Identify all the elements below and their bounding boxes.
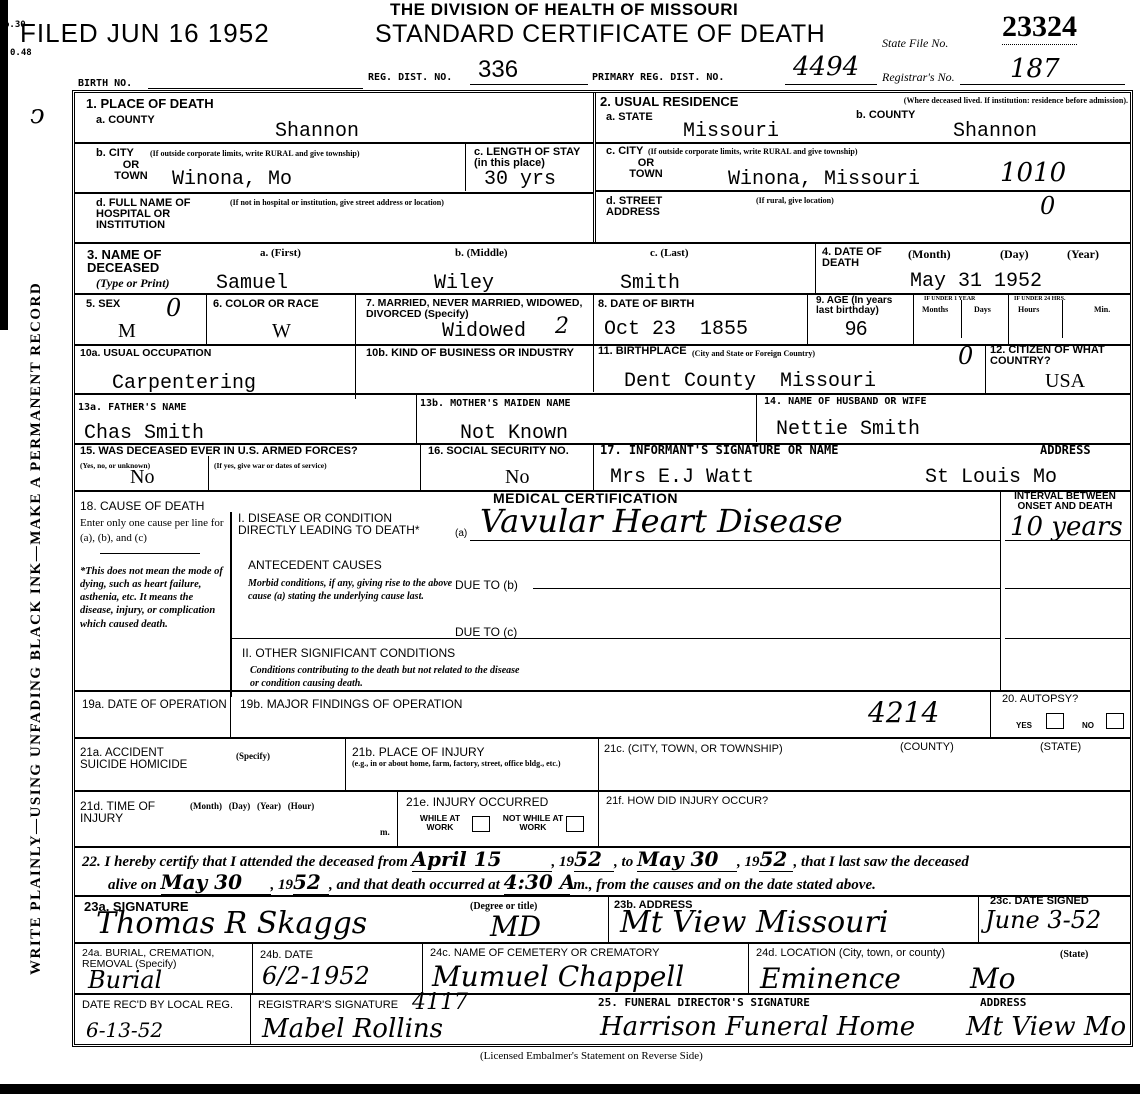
injury-city-label: 21c. (CITY, TOWN, OR TOWNSHIP) [604, 744, 783, 755]
injury-occurred-label: 21e. INJURY OCCURRED [406, 796, 548, 808]
first-name-label: a. (First) [260, 247, 301, 259]
hours-label: Hours [1018, 306, 1039, 314]
not-while-at-work-label: NOT WHILE AT WORK [502, 814, 564, 831]
burial-date: 6/2-1952 [262, 962, 370, 990]
city-hint: (If outside corporate limits, write RURA… [150, 150, 465, 158]
father-label: 13a. FATHER'S NAME [78, 402, 186, 413]
ssn-label: 16. SOCIAL SECURITY NO. [428, 446, 583, 457]
occupation: Carpentering [112, 372, 256, 395]
margin-note-2: 0.48 [10, 48, 32, 58]
min-label: Min. [1094, 306, 1110, 314]
autopsy-label: 20. AUTOPSY? [1002, 694, 1078, 705]
accident-specify: (Specify) [236, 752, 270, 761]
county-label: a. COUNTY [96, 115, 155, 126]
state-file-no: 23324 [1002, 10, 1077, 45]
attended-to: May 30 [637, 847, 737, 872]
business-label: 10b. KIND OF BUSINESS OR INDUSTRY [366, 348, 586, 359]
place-of-injury-label: 21b. PLACE OF INJURY [352, 746, 485, 758]
name-label: 3. NAME OF DECEASED [87, 248, 197, 274]
cemetery: Mumuel Chappell [432, 960, 684, 993]
dod-year-label: (Year) [1067, 247, 1099, 262]
age-label: 9. AGE (In years last birthday) [816, 296, 911, 316]
spouse-label: 14. NAME OF HUSBAND OR WIFE [764, 396, 927, 407]
spouse-name: Nettie Smith [776, 418, 920, 441]
autopsy-no-label: NO [1082, 722, 1094, 730]
sex-label: 5. SEX [86, 299, 120, 310]
mother-label: 13b. MOTHER'S MAIDEN NAME [420, 398, 571, 409]
citizenship: USA [1045, 370, 1085, 393]
time-cols: (Month) (Day) (Year) (Hour) [190, 802, 314, 811]
autopsy-yes-label: YES [1016, 722, 1032, 730]
attended-from-year: 52 [574, 847, 614, 872]
cause-a: Vavular Heart Disease [480, 502, 843, 540]
res-state-label: a. STATE [606, 112, 653, 123]
date-of-death: May 31 1952 [910, 270, 1042, 293]
not-while-at-work-checkbox[interactable] [566, 816, 584, 832]
birth-no-label: BIRTH NO. [78, 78, 132, 89]
under-24-label: IF UNDER 24 HRS. [1014, 296, 1065, 302]
registrar-no: 187 [1010, 54, 1060, 84]
occupation-label: 10a. USUAL OCCUPATION [80, 348, 345, 359]
burial-location: Eminence [760, 962, 901, 995]
date-received: 6-13-52 [86, 1018, 163, 1042]
op-findings-label: 19b. MAJOR FINDINGS OF OPERATION [240, 698, 462, 710]
side-instruction: WRITE PLAINLY—USING UNFADING BLACK INK—M… [28, 282, 45, 975]
citizen-label: 12. CITIZEN OF WHAT COUNTRY? [990, 345, 1130, 367]
degree: MD [490, 910, 541, 943]
physician-signature: Thomas R Skaggs [96, 906, 367, 941]
dod-day-label: (Day) [1000, 247, 1029, 262]
residence-hint: (Where deceased lived. If institution: r… [810, 97, 1128, 105]
interval-label: INTERVAL BETWEEN ONSET AND DEATH [1005, 492, 1125, 512]
while-at-work-checkbox[interactable] [472, 816, 490, 832]
how-injury-label: 21f. HOW DID INJURY OCCUR? [606, 796, 768, 807]
cause-label: 18. CAUSE OF DEATH [80, 500, 204, 512]
city-label: b. CITY [96, 147, 134, 159]
op-date-label: 19a. DATE OF OPERATION [82, 700, 230, 712]
marital-status: Widowed [442, 320, 526, 343]
death-time: 4:30 A [504, 870, 570, 895]
due-to-b-label: DUE TO (b) [455, 578, 518, 592]
cert-line2-pre: alive on [108, 877, 157, 893]
burial-type: Burial [88, 966, 162, 994]
armed-forces-label: 15. WAS DECEASED EVER IN U.S. ARMED FORC… [80, 446, 358, 457]
burial-location-label: 24d. LOCATION (City, town, or county) [756, 948, 945, 959]
marital-label: 7. MARRIED, NEVER MARRIED, WIDOWED, DIVO… [366, 298, 586, 319]
days-label: Days [974, 306, 991, 314]
antecedent-label: ANTECEDENT CAUSES [248, 558, 382, 572]
reg-dist-label: REG. DIST. NO. [368, 72, 452, 83]
page-title: STANDARD CERTIFICATE OF DEATH [375, 20, 825, 49]
primary-reg-dist-label: PRIMARY REG. DIST. NO. [592, 72, 724, 83]
attended-from: April 15 [412, 847, 552, 872]
mother-name: Not Known [460, 422, 568, 445]
death-city: Winona, Mo [172, 168, 292, 191]
death-county: Shannon [275, 120, 359, 143]
interval-a: 10 years [1010, 512, 1123, 542]
funeral-director-label: 25. FUNERAL DIRECTOR'S SIGNATURE [598, 996, 810, 1009]
funeral-address: Mt View Mo [966, 1012, 1126, 1042]
last-name-label: c. (Last) [650, 247, 689, 259]
dob-label: 8. DATE OF BIRTH [598, 299, 694, 310]
informant-label: 17. INFORMANT'S SIGNATURE OR NAME [600, 443, 838, 457]
ssn: No [505, 466, 529, 489]
cause-hint: Enter only one cause per line for (a), (… [80, 516, 228, 547]
other-conditions-label: II. OTHER SIGNIFICANT CONDITIONS [242, 646, 455, 660]
cemetery-label: 24c. NAME OF CEMETERY OR CREMATORY [430, 948, 659, 959]
hospital-label: d. FULL NAME OF HOSPITAL OR INSTITUTION [96, 198, 226, 231]
dod-month-label: (Month) [908, 247, 951, 262]
or-town-label: OR TOWN [111, 160, 151, 182]
marital-code: 2 [555, 314, 569, 339]
funeral-address-label: ADDRESS [980, 996, 1026, 1009]
birthplace-code: 0 [958, 342, 973, 370]
cert-line2-mid: and that death occurred at [337, 877, 500, 893]
length-of-stay: 30 yrs [484, 168, 556, 191]
middle-name-label: b. (Middle) [455, 247, 508, 259]
injury-state-label: (STATE) [1040, 742, 1081, 753]
sex-code: 0 [166, 294, 181, 322]
birthplace-hint: (City and State or Foreign Country) [692, 350, 815, 358]
cause-note: *This does not mean the mode of dying, s… [80, 565, 228, 631]
funeral-director: Harrison Funeral Home [600, 1012, 915, 1042]
other-conditions-hint: Conditions contributing to the death but… [250, 665, 530, 690]
under-1-label: IF UNDER 1 YEAR [924, 296, 975, 302]
antecedent-hint: Morbid conditions, if any, giving rise t… [248, 578, 453, 603]
res-state: Missouri [683, 120, 779, 143]
scan-edge [0, 0, 8, 330]
time-m: m. [380, 828, 390, 837]
while-at-work-label: WHILE AT WORK [412, 814, 468, 831]
race-label: 6. COLOR OR RACE [213, 299, 319, 310]
birthplace-label: 11. BIRTHPLACE [598, 346, 687, 357]
informant-name: Mrs E.J Watt [610, 466, 754, 489]
primary-reg-dist-no: 4494 [793, 52, 859, 82]
name-hint: (Type or Print) [96, 276, 170, 291]
res-county: Shannon [953, 120, 1037, 143]
race: W [272, 320, 291, 343]
armed-forces: No [130, 466, 154, 489]
scan-edge-bottom [0, 1084, 1140, 1094]
accident-label: 21a. ACCIDENT SUICIDE HOMICIDE [80, 748, 190, 771]
reg-dist-no: 336 [478, 56, 518, 84]
disease-label: I. DISEASE OR CONDITION DIRECTLY LEADING… [238, 512, 450, 536]
date-signed: June 3-52 [985, 906, 1101, 934]
burial-state: Mo [970, 962, 1016, 995]
place-of-death-label: 1. PLACE OF DEATH [86, 97, 214, 110]
filed-stamp: FILED JUN 16 1952 [20, 18, 270, 49]
middle-name: Wiley [434, 272, 494, 295]
cert-line2-post: m., from the causes and on the date stat… [573, 877, 876, 893]
line-a-label: (a) [455, 528, 467, 539]
res-city-label: c. CITY [606, 146, 643, 157]
birthplace: Dent County Missouri [624, 370, 876, 393]
attended-to-year: 52 [759, 847, 793, 872]
cert-line1-pre: 22. I hereby certify that I attended the… [82, 854, 408, 870]
time-of-injury-label: 21d. TIME OF INJURY [80, 800, 170, 824]
state-file-label: State File No. [882, 36, 948, 51]
autopsy-no-checkbox[interactable] [1106, 713, 1124, 729]
margin-mark: ↄ [30, 100, 45, 130]
place-of-injury-hint: (e.g., in or about home, farm, factory, … [352, 760, 592, 768]
registrar-code: 4117 [412, 990, 468, 1015]
street-code: 0 [1040, 192, 1055, 220]
res-city: Winona, Missouri [728, 168, 920, 191]
stay-label: c. LENGTH OF STAY (in this place) [474, 147, 590, 169]
burial-date-label: 24b. DATE [260, 950, 313, 961]
months-label: Months [922, 306, 948, 314]
dod-label: 4. DATE OF DEATH [822, 247, 882, 269]
burial-state-label: (State) [1060, 950, 1088, 960]
injury-county-label: (COUNTY) [900, 742, 954, 753]
res-or-town-label: OR TOWN [626, 158, 666, 180]
age: 96 [845, 318, 867, 341]
division-title: THE DIVISION OF HEALTH OF MISSOURI [390, 0, 738, 20]
armed-hint-2: (If yes, give war or dates of service) [214, 462, 327, 470]
autopsy-yes-checkbox[interactable] [1046, 713, 1064, 729]
street-label: d. STREET ADDRESS [606, 196, 696, 218]
op-code: 4214 [868, 696, 939, 729]
registrar-signature-label: REGISTRAR'S SIGNATURE [258, 1000, 398, 1011]
street-hint: (If rural, give location) [756, 197, 834, 205]
informant-address-label: ADDRESS [1040, 443, 1091, 457]
residence-label: 2. USUAL RESIDENCE [600, 95, 738, 108]
footer-note: (Licensed Embalmer's Statement on Revers… [480, 1050, 703, 1062]
father-name: Chas Smith [84, 422, 204, 445]
date-received-label: DATE REC'D BY LOCAL REG. [82, 1000, 242, 1011]
last-seen-alive: May 30 [161, 870, 271, 895]
res-city-hint: (If outside corporate limits, write RURA… [648, 148, 1028, 156]
last-seen-year: 52 [293, 870, 329, 895]
due-to-c-label: DUE TO (c) [455, 625, 517, 639]
cert-address: Mt View Missouri [620, 905, 888, 940]
informant-address: St Louis Mo [925, 466, 1057, 489]
last-name: Smith [620, 272, 680, 295]
res-city-code: 1010 [1000, 158, 1066, 188]
res-county-label: b. COUNTY [856, 110, 915, 121]
registrar-no-label: Registrar's No. [882, 70, 955, 85]
first-name: Samuel [216, 272, 288, 295]
hospital-hint: (If not in hospital or institution, give… [230, 199, 590, 207]
registrar-signature: Mabel Rollins [262, 1014, 443, 1044]
cert-line1-post: that I last saw the deceased [801, 854, 969, 870]
sex: M [118, 320, 136, 343]
date-of-birth: Oct 23 1855 [604, 318, 748, 341]
